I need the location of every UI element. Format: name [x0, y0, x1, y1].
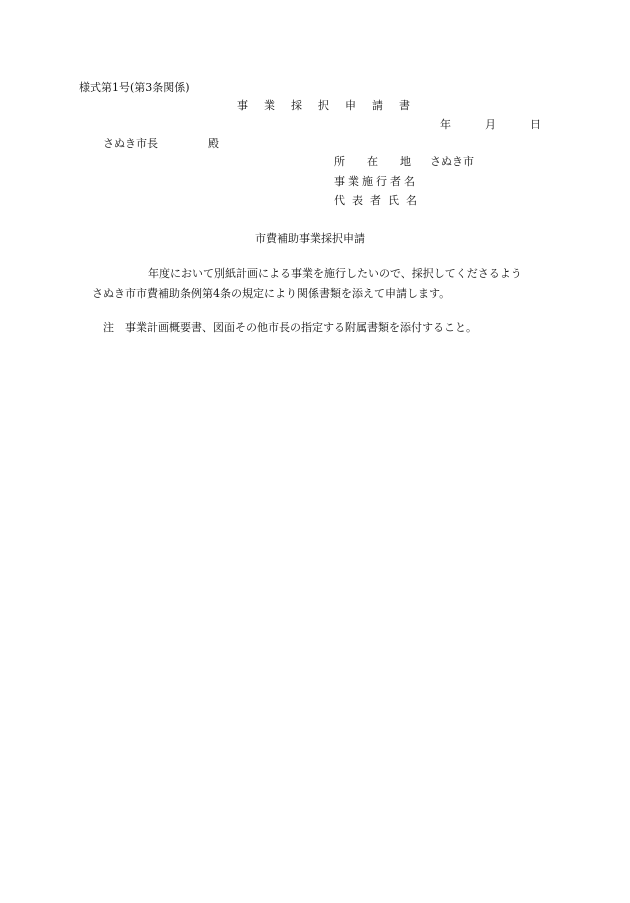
title-char: 書	[399, 100, 410, 111]
title-char: 事	[237, 100, 248, 111]
label-char: 在	[367, 156, 378, 167]
form-number: 様式第1号(第3条関係)	[79, 82, 190, 93]
label-char: 表	[352, 195, 363, 206]
label-char: 行	[376, 176, 387, 187]
title-char: 採	[291, 100, 302, 111]
label-char: 名	[404, 176, 415, 187]
label-char: 代	[334, 195, 345, 206]
title-char: 択	[318, 100, 329, 111]
body-line-1: 年度において別紙計画による事業を施行したいので、採択してくださるよう	[148, 268, 522, 279]
date-year-label: 年	[440, 119, 451, 130]
body-line-2: さぬき市市費補助条例第4条の規定により関係書類を添えて申請します。	[92, 288, 450, 299]
title-char: 業	[264, 100, 275, 111]
label-char: 者	[370, 195, 381, 206]
date-line: 年 月 日	[440, 119, 541, 130]
label-char: 地	[400, 156, 411, 167]
executor-name-label: 事 業 施 行 者 名	[334, 176, 415, 187]
document-title: 事 業 採 択 申 請 書	[237, 100, 410, 111]
representative-name-label: 代 表 者 氏 名	[334, 195, 417, 206]
title-char: 請	[372, 100, 383, 111]
title-char: 申	[345, 100, 356, 111]
label-char: 施	[362, 176, 373, 187]
address-value: さぬき市	[430, 156, 474, 167]
date-day-label: 日	[530, 119, 541, 130]
addressee: さぬき市長	[103, 138, 158, 149]
label-char: 名	[406, 195, 417, 206]
honorific: 殿	[208, 138, 219, 149]
label-char: 所	[334, 156, 345, 167]
address-label: 所 在 地	[334, 156, 411, 167]
subject-heading: 市費補助事業採択申請	[255, 233, 365, 244]
date-month-label: 月	[485, 119, 496, 130]
note: 注 事業計画概要書、図面その他市長の指定する附属書類を添付すること。	[103, 322, 477, 333]
label-char: 業	[348, 176, 359, 187]
label-char: 氏	[388, 195, 399, 206]
label-char: 事	[334, 176, 345, 187]
label-char: 者	[390, 176, 401, 187]
